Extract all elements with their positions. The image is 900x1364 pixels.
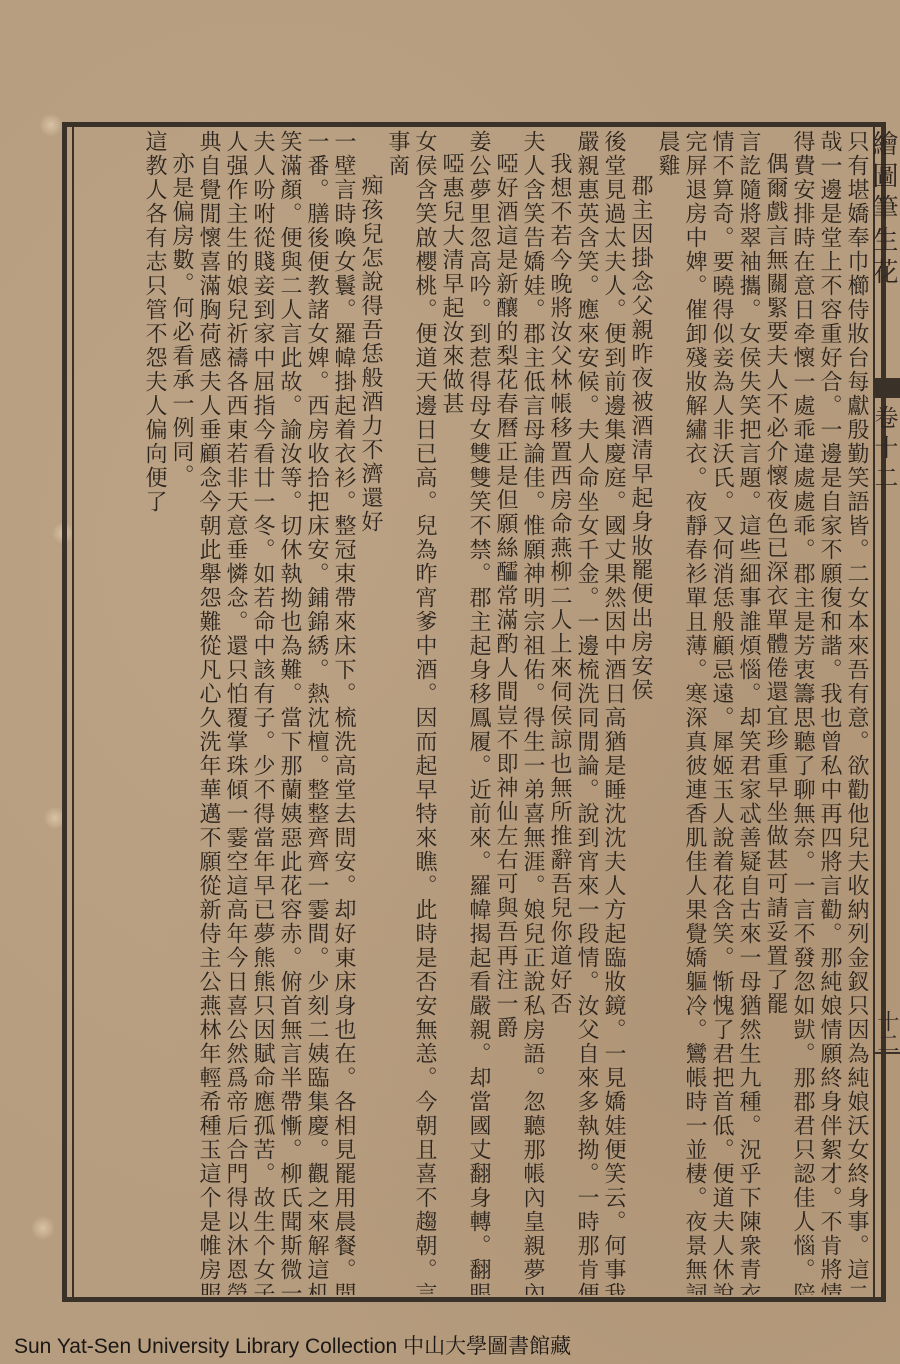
text-column: 典自覺閒懷喜滿胸荷感夫人垂顧念今朝此舉怨難從凡心久洗年華邁不願從新侍主公燕林年輕…	[195, 130, 222, 1295]
text-column: 晨雞	[654, 130, 681, 1295]
text-column: 嚴親惠英含笑。應來安候。夫人命坐女千金。一邊梳洗同閒論。說到宵來一段情。汝父自來…	[573, 130, 600, 1295]
text-column: 得費安排時在意日牵懷一處乖違處處乖。郡主是芳衷籌思聽了聊無奈。一言不發忽如獃。那…	[789, 130, 816, 1295]
inner-border-rule	[72, 127, 74, 1297]
text-column: 完屏退房中婢。催卸殘妝解繡衣。夜靜春衫單且薄。寒深真彼連香肌佳人果覺嬌軀冷。鸞帳…	[681, 130, 708, 1295]
text-column: 亦是偏房數。何必看承一例同。	[168, 130, 195, 1295]
text-column: 我想不若今晚將汝父林帳移置西房命燕柳二人上來伺侯諒也無所推辭吾兒你道好否	[546, 130, 573, 1295]
text-column: 後堂見過太夫人。便到前邊集慶庭。國丈果然因中酒日高猶是睡沈沈夫人方起臨妝鏡。一見…	[600, 130, 627, 1295]
text-column: 夫人吩咐從賤妾到家中屈指今看廿一冬。如若命中該有子。少不得當年早已夢熊熊只因賦命…	[249, 130, 276, 1295]
text-column: 郡主因掛念父親昨夜被酒清早起身妝罷便出房安侯	[627, 130, 654, 1295]
text-column: 夫人含笑告嬌娃。郡主低言母論佳。惟願神明宗祖佑。得生一弟喜無涯。娘兒正說私房語。…	[519, 130, 546, 1295]
text-column: 姜公夢里忽高吟。到惹得母女雙雙笑不禁。郡主起身移鳳履。近前來。羅幃揭起看嚴親。却…	[465, 130, 492, 1295]
library-collection-caption: Sun Yat-Sen University Library Collectio…	[14, 1330, 571, 1360]
page-number-rule	[875, 1052, 900, 1054]
text-column: 一番。膳後便教諸女婢。西房收拾把床安。鋪錦綉。熱沈檀。整整齊齊一霎間。少刻二姨臨…	[303, 130, 330, 1295]
text-column: 笑滿顏。便與二人言此故。諭汝等。切休執拗也為難。當下那蘭姨惡此花容赤。俯首無言半…	[276, 130, 303, 1295]
page-number: 十二	[878, 1010, 900, 1054]
text-column: 啞惠兒大清早起汝來做甚	[438, 130, 465, 1295]
text-column: 偶爾戲言無關緊要夫人不必介懷夜色已深衣單體倦還宜珍重早坐做甚可請妥置了罷	[762, 130, 789, 1295]
text-columns: 只有堪嬌奉巾櫛侍妝台每獻殷勤笑語皆。二女本來吾有意。欲勸他兒夫收納列金釵只因為純…	[78, 130, 870, 1295]
text-column: 言訖隨將翠袖攜。女侯失笑把言題。這些細事誰煩惱。却笑君家忒善疑自古來一母猶然生九…	[735, 130, 762, 1295]
text-column: 這教人各有志只管不怨夫人偏向便了	[141, 130, 168, 1295]
text-column: 痴孩兒怎說得吾恁般酒力不濟還好	[357, 130, 384, 1295]
text-column: 人强作主生的娘兒祈禱各西東若非天意垂憐念。還只怕覆掌珠傾一霎空這高年今日喜公然爲…	[222, 130, 249, 1295]
text-column: 只有堪嬌奉巾櫛侍妝台每獻殷勤笑語皆。二女本來吾有意。欲勸他兒夫收納列金釵只因為純…	[843, 130, 870, 1295]
text-column: 女侯含笑啟櫻桃。便道天邊日已高。兒為昨宵爹中酒。因而起早特來瞧。此時是否安無恙。…	[411, 130, 438, 1295]
binding-hole	[40, 112, 62, 138]
volume-label: 卷十二	[878, 405, 900, 495]
book-title: 繪圖筆生花	[878, 130, 900, 290]
text-column: 情不算奇。要曉得似妾為人非沃氏。又何消恁般顧忌遠。犀姬玉人說着花含笑。惭愧了君把…	[708, 130, 735, 1295]
margin-strip-rule	[873, 127, 875, 1297]
text-column: 哉一邊是堂上不容重好合。一邊是自家不願復和諧。我也曾私中再四將言勸。那純娘情願終…	[816, 130, 843, 1295]
fishtail-mark	[875, 378, 900, 398]
text-column: 啞好酒這是新釀的梨花春曆正是但願絲醽常滿酌人間豈不即神仙左右可與吾再注一爵	[492, 130, 519, 1295]
binding-hole	[32, 1215, 54, 1241]
text-column: 事啇	[384, 130, 411, 1295]
text-column: 一壁言時喚女鬟。羅幃掛起着衣衫。整冠束帶來床下。梳洗高堂去問安。却好東床身也在。…	[330, 130, 357, 1295]
